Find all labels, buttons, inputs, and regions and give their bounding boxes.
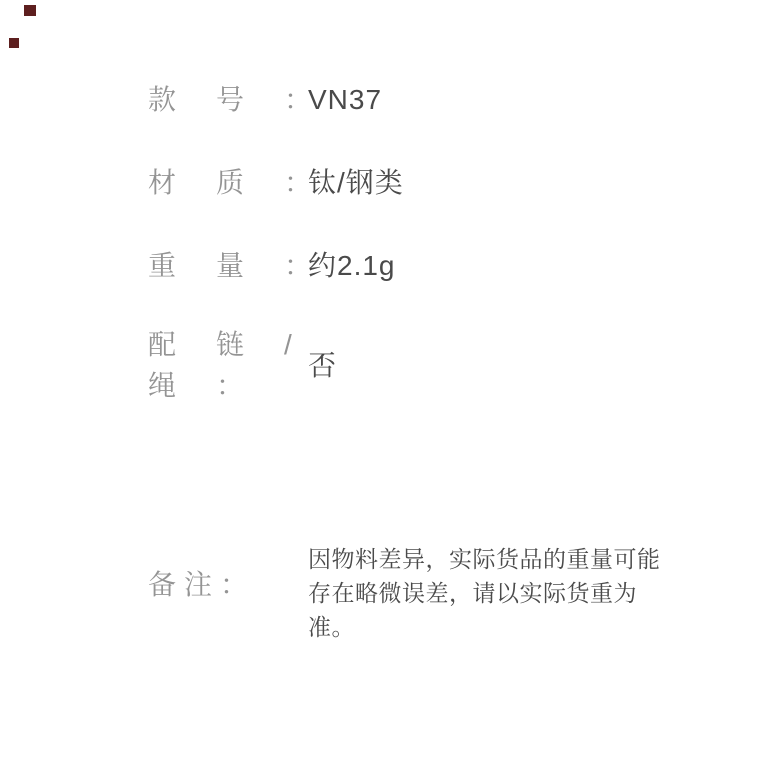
chain-rope-label-line1: 配链/ [148,331,332,359]
remarks-value-line1: 因物料差异，实际货品的重量可能 [308,542,668,576]
remarks-label: 备注： [148,571,256,599]
material-value: 钛/钢类 [308,169,404,197]
weight-value: 约2.1g [308,252,396,280]
product-spec-sheet: 款号： VN37 材质： 钛/钢类 重量： 约2.1g 配链/ 绳： 否 备注：… [0,0,757,757]
remarks-value-line3: 准。 [308,610,668,644]
chain-rope-label-line2: 绳： [148,372,284,400]
corner-mark-2 [9,38,19,48]
chain-rope-value: 否 [308,352,337,380]
corner-mark-1 [24,5,36,16]
remarks-value: 因物料差异，实际货品的重量可能 存在略微误差，请以实际货重为 准。 [308,542,668,644]
remarks-value-line2: 存在略微误差，请以实际货重为 [308,576,668,610]
model-number-value: VN37 [308,86,382,114]
